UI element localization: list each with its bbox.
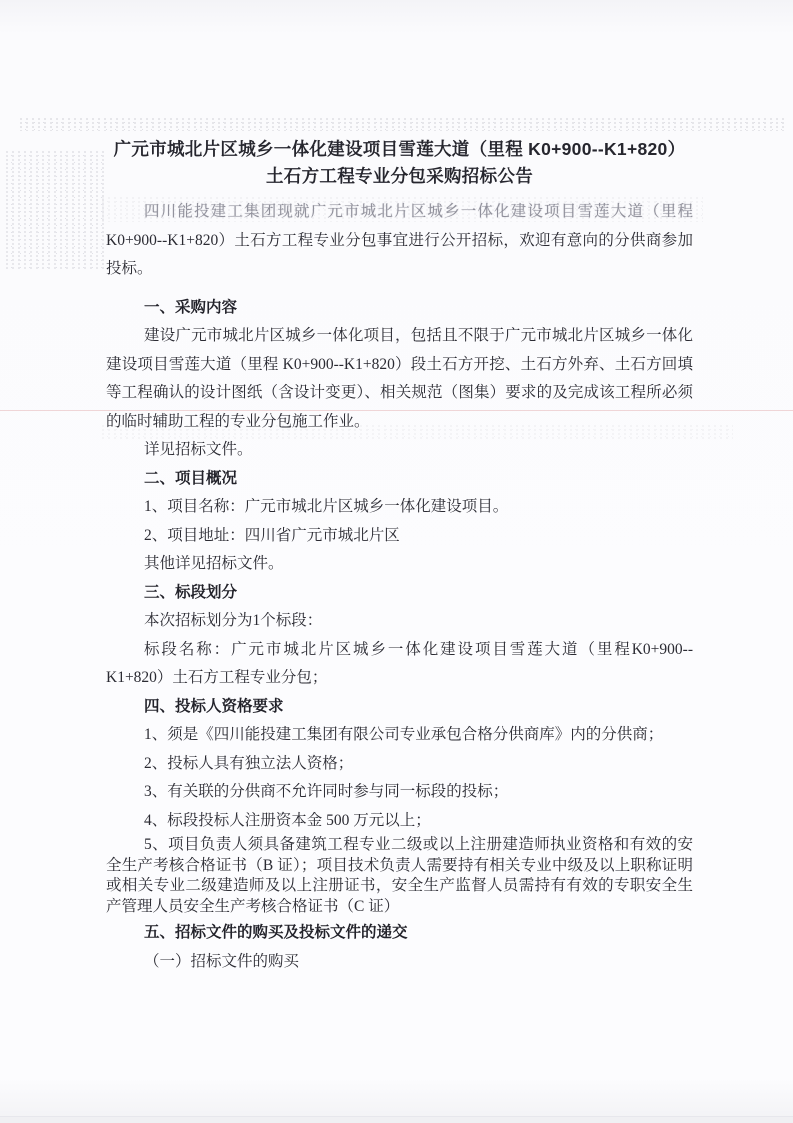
section-heading-4: 四、投标人资格要求 [106, 693, 693, 722]
document-content: 广元市城北片区城乡一体化建设项目雪莲大道（里程 K0+900--K1+820） … [106, 0, 693, 976]
section-heading-5: 五、招标文件的购买及投标文件的递交 [106, 919, 693, 948]
section-1-paragraph-2: 详见招标文件。 [106, 436, 693, 465]
section-4-item-3: 3、有关联的分供商不允许同时参与同一标段的投标； [106, 778, 693, 807]
section-3-paragraph-2: 标段名称：广元市城北片区城乡一体化建设项目雪莲大道（里程K0+900--K1+8… [106, 636, 693, 693]
section-2-paragraph-2: 2、项目地址：四川省广元市城北片区 [106, 522, 693, 551]
document-title-line1: 广元市城北片区城乡一体化建设项目雪莲大道（里程 K0+900--K1+820） [106, 136, 693, 163]
document-title-line2: 土石方工程专业分包采购招标公告 [106, 163, 693, 190]
section-4-item-4: 4、标段投标人注册资本金 500 万元以上； [106, 807, 693, 836]
intro-paragraph-normal-part: K0+900--K1+820）土石方工程专业分包事宜进行公开招标，欢迎有意向的分… [106, 232, 693, 278]
section-4-item-1: 1、须是《四川能投建工集团有限公司专业承包合格分供商库》内的分供商； [106, 721, 693, 750]
section-heading-2: 二、项目概况 [106, 465, 693, 494]
section-4-item-5: 5、项目负责人须具备建筑工程专业二级或以上注册建造师执业资格和有效的安全生产考核… [106, 835, 693, 917]
section-2-paragraph-3: 其他详见招标文件。 [106, 550, 693, 579]
intro-paragraph: 四川能投建工集团现就广元市城北片区城乡一体化建设项目雪莲大道（里程 K0+900… [106, 198, 693, 284]
section-1-paragraph-1: 建设广元市城北片区城乡一体化项目，包括且不限于广元市城北片区城乡一体化建设项目雪… [106, 322, 693, 436]
document-title: 广元市城北片区城乡一体化建设项目雪莲大道（里程 K0+900--K1+820） … [106, 136, 693, 190]
section-4-item-2: 2、投标人具有独立法人资格； [106, 750, 693, 779]
section-3-paragraph-1: 本次招标划分为1个标段： [106, 607, 693, 636]
section-2-paragraph-1: 1、项目名称：广元市城北片区城乡一体化建设项目。 [106, 493, 693, 522]
section-heading-3: 三、标段划分 [106, 579, 693, 608]
section-5-paragraph-1: （一）招标文件的购买 [106, 948, 693, 977]
scan-paper-bottom-edge [0, 1116, 793, 1123]
intro-paragraph-faded-part: 四川能投建工集团现就广元市城北片区城乡一体化建设项目雪莲大道（里程 [144, 203, 693, 220]
section-heading-1: 一、采购内容 [106, 294, 693, 323]
scan-noise-band-left-margin [4, 150, 104, 270]
document-page: 广元市城北片区城乡一体化建设项目雪莲大道（里程 K0+900--K1+820） … [0, 0, 793, 1123]
